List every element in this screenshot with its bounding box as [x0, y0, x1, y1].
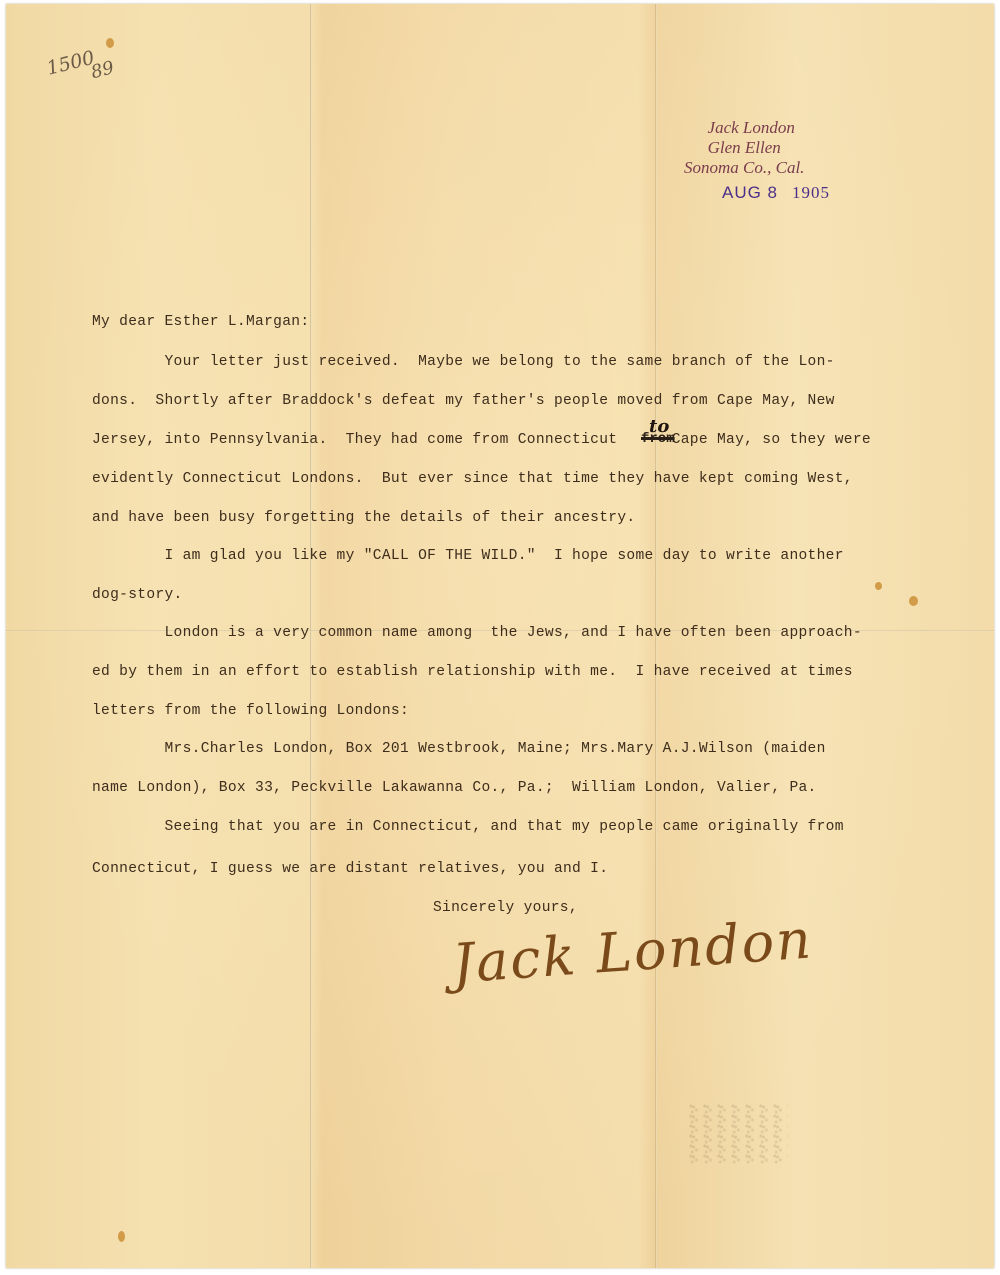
body-line: Seeing that you are in Connecticut, and … — [92, 819, 844, 835]
body-line: dog-story. — [92, 587, 183, 603]
body-line: ed by them in an effort to establish rel… — [92, 664, 853, 680]
body-line: dons. Shortly after Braddock's defeat my… — [92, 393, 835, 409]
correction-text: to — [649, 416, 669, 437]
body-line: I am glad you like my "CALL OF THE WILD.… — [92, 548, 844, 564]
body-line: Your letter just received. Maybe we belo… — [92, 354, 835, 370]
body-line: Jersey, into Pennsylvania. They had come… — [92, 432, 871, 448]
stain-spot — [875, 582, 882, 590]
date-stamp: AUG 81905 — [722, 183, 830, 203]
body-line: letters from the following Londons: — [92, 703, 409, 719]
letterhead-stamp: Jack London Glen Ellen Sonoma Co., Cal. — [684, 118, 804, 178]
letterhead-place: Glen Ellen — [684, 138, 804, 158]
salutation: My dear Esther L.Margan: — [92, 314, 309, 330]
date-stamp-month-day: AUG 8 — [722, 183, 778, 202]
body-line: name London), Box 33, Peckville Lakawann… — [92, 780, 817, 796]
faded-stamp-mark — [688, 1104, 788, 1164]
closing: Sincerely yours, — [433, 900, 578, 916]
body-line: evidently Connecticut Londons. But ever … — [92, 471, 853, 487]
date-stamp-year: 1905 — [792, 183, 830, 202]
stain-spot — [118, 1231, 125, 1242]
body-line: and have been busy forgetting the detail… — [92, 510, 635, 526]
letterhead-name: Jack London — [698, 118, 804, 138]
letterhead-county: Sonoma Co., Cal. — [684, 158, 804, 178]
stain-spot — [909, 596, 918, 606]
body-line: Mrs.Charles London, Box 201 Westbrook, M… — [92, 741, 826, 757]
body-line: London is a very common name among the J… — [92, 625, 862, 641]
body-line: Connecticut, I guess we are distant rela… — [92, 861, 608, 877]
